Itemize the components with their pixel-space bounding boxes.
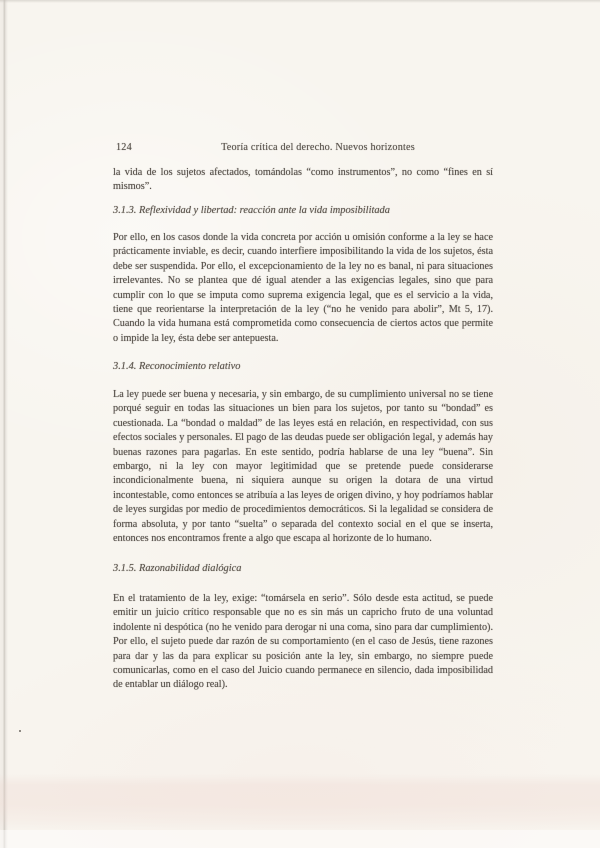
running-title: Teoría crítica del derecho. Nuevos horiz… xyxy=(128,142,508,153)
page-left-edge xyxy=(0,0,8,848)
running-header: 124 Teoría crítica del derecho. Nuevos h… xyxy=(113,142,493,156)
scan-artifact-band xyxy=(0,774,600,830)
section-paragraph-3-1-5: En el tratamiento de la ley, exige: “tom… xyxy=(113,592,493,693)
paragraph-continuation: la vida de los sujetos afectados, tománd… xyxy=(113,166,493,195)
scanned-book-page: 124 Teoría crítica del derecho. Nuevos h… xyxy=(0,0,600,848)
scan-speck xyxy=(19,730,21,732)
page-top-edge xyxy=(0,0,600,3)
scan-artifact-light-strip xyxy=(0,830,600,848)
section-heading-3-1-5: 3.1.5. Razonabilidad dialógica xyxy=(113,563,493,574)
section-paragraph-3-1-3: Por ello, en los casos donde la vida con… xyxy=(113,231,493,346)
section-paragraph-3-1-4: La ley puede ser buena y necesaria, y si… xyxy=(113,388,493,546)
section-heading-3-1-4: 3.1.4. Reconocimiento relativo xyxy=(113,361,493,372)
section-heading-3-1-3: 3.1.3. Reflexividad y libertad: reacción… xyxy=(113,205,493,216)
